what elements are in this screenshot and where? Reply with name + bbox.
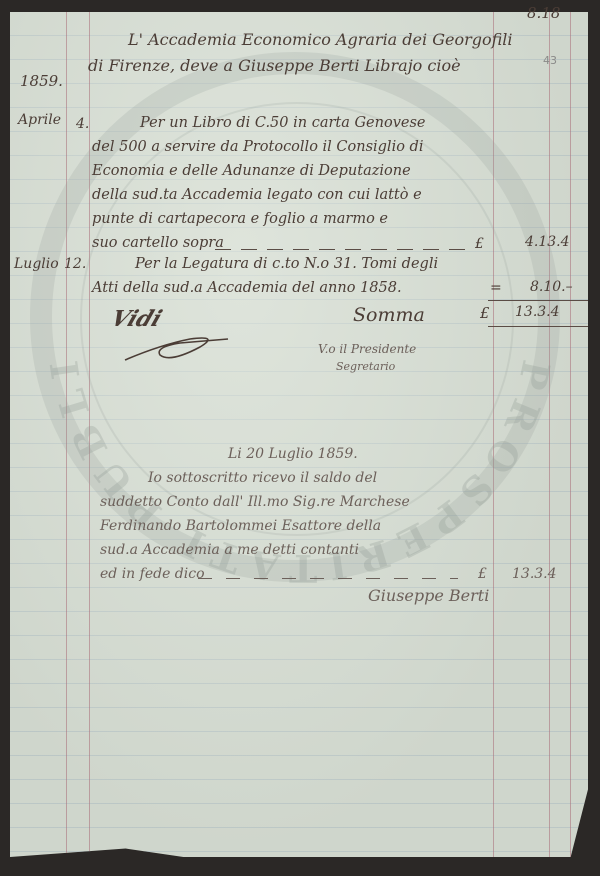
page-number: 43 [543,54,557,67]
entry-2-day: 12. [64,256,86,272]
entry-2-line: Per la Legatura di c.to N.o 31. Tomi deg… [135,256,438,272]
entry-1-currency: £ [475,236,484,252]
entry-2-amount: 8.10.– [530,279,573,295]
receipt-line: ed in fede dico [100,566,205,582]
entry-1-leader-dashes [215,249,465,250]
entry-1-line: del 500 a servire da Protocollo il Consi… [92,139,423,155]
total-rule-bottom [488,326,588,327]
receipt-line: Ferdinando Bartolommei Esattore della [100,518,381,534]
approval-line-1: V.o il Presidente [318,342,416,356]
entry-2-month: Luglio [14,256,59,272]
receipt-signature: Giuseppe Berti [368,586,489,605]
signature-flourish [120,325,230,365]
entry-1-day: 4. [76,116,89,132]
watermark-seal-text: PROSPERITATI PUBLICAE AUGENDAE [0,0,600,876]
entry-1-amount: 4.13.4 [525,234,570,250]
receipt-line: Io sottoscritto ricevo il saldo del [148,470,377,486]
entry-1-month: Aprile [18,112,61,128]
entry-2-line: Atti della sud.a Accademia del anno 1858… [92,280,402,296]
total-label: Somma [353,304,425,326]
total-rule-top [488,300,588,301]
receipt-currency: £ [478,566,487,582]
entry-1-line: suo cartello sopra [92,235,224,251]
receipt-leader-dashes [198,578,458,579]
entry-1-line: della sud.ta Accademia legato con cui la… [92,187,422,203]
entry-1-line: punte di cartapecora e foglio a marmo e [92,211,388,227]
entry-2-currency: = [490,280,502,296]
total-amount: 13.3.4 [515,304,560,320]
receipt-line: sud.a Accademia a me detti contanti [100,542,359,558]
entry-1-line: Per un Libro di C.50 in carta Genovese [140,115,426,131]
header-year: 1859. [20,72,63,90]
receipt-line: suddetto Conto dall' Ill.mo Sig.re March… [100,494,410,510]
corner-reference: 8.18 [527,4,560,22]
header-line-1: L' Accademia Economico Agraria dei Georg… [128,30,513,49]
receipt-date: Li 20 Luglio 1859. [228,446,358,462]
header-line-2: di Firenze, deve a Giuseppe Berti Libraj… [88,56,461,75]
receipt-amount: 13.3.4 [512,566,557,582]
total-currency: £ [480,304,490,322]
approval-line-2: Segretario [336,360,395,373]
entry-1-line: Economia e delle Adunanze di Deputazione [92,163,411,179]
